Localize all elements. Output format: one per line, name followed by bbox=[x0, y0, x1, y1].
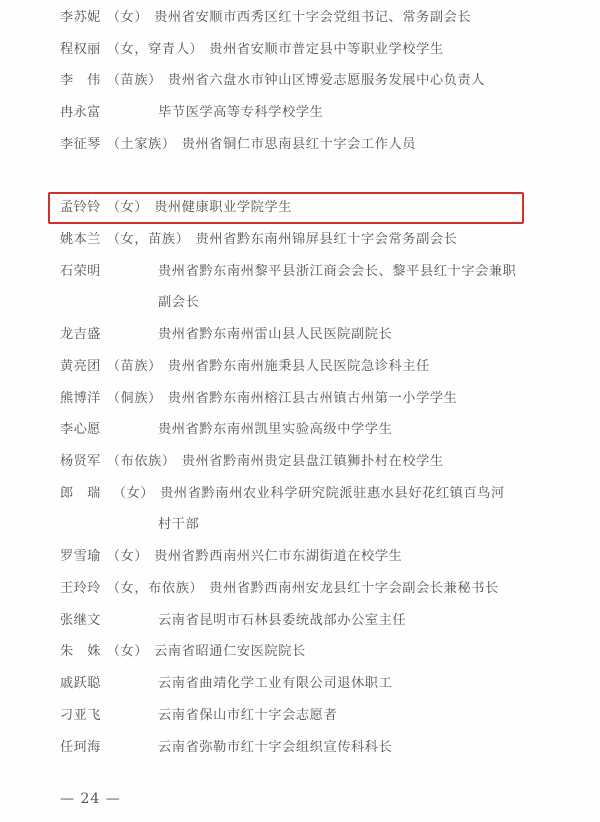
person-description: 贵州省黔东南州锦屏县红十字会常务副会长 bbox=[196, 229, 458, 251]
person-name: 姚本兰 bbox=[60, 229, 101, 251]
list-item: 熊博洋（侗族）贵州省黔东南州榕江县古州镇古州第一小学学生 bbox=[60, 388, 560, 410]
person-tag: （侗族） bbox=[107, 388, 162, 410]
person-tag: （土家族） bbox=[107, 134, 176, 156]
person-name: 罗雪瑜 bbox=[60, 546, 101, 568]
person-name: 张继文 bbox=[60, 610, 101, 632]
list-item: 李苏妮（女）贵州省安顺市西秀区红十字会党组书记、常务副会长 bbox=[60, 7, 560, 29]
person-name: 任珂海 bbox=[60, 737, 101, 759]
list-item: 冉永富毕节医学高等专科学校学生 bbox=[60, 102, 560, 124]
person-description: 云南省保山市红十字会志愿者 bbox=[158, 705, 337, 727]
person-tag: （女） bbox=[107, 197, 148, 219]
list-item: 戚跃聪云南省曲靖化学工业有限公司退休职工 bbox=[60, 673, 560, 695]
list-item: 龙吉盛贵州省黔东南州雷山县人民医院副院长 bbox=[60, 324, 560, 346]
person-name: 王玲玲 bbox=[60, 578, 101, 600]
person-description: 云南省弥勒市红十字会组织宣传科科长 bbox=[158, 737, 392, 759]
person-description: 云南省昆明市石林县委统战部办公室主任 bbox=[158, 610, 406, 632]
person-name: 程权丽 bbox=[60, 39, 101, 61]
list-item: 张继文云南省昆明市石林县委统战部办公室主任 bbox=[60, 610, 560, 632]
person-tag: （苗族） bbox=[107, 70, 162, 92]
person-name: 熊博洋 bbox=[60, 388, 101, 410]
list-item: 程权丽（女，穿青人）贵州省安顺市普定县中等职业学校学生 bbox=[60, 39, 560, 61]
person-tag: （布依族） bbox=[107, 451, 176, 473]
list-item-highlighted: 孟铃铃（女）贵州健康职业学院学生 bbox=[60, 197, 560, 219]
list-item: 刁亚飞云南省保山市红十字会志愿者 bbox=[60, 705, 560, 727]
person-tag: （女，穿青人） bbox=[107, 39, 204, 61]
list-item: 王玲玲（女，布依族）贵州省黔西南州安龙县红十字会副会长兼秘书长 bbox=[60, 578, 560, 600]
person-tag: （女，苗族） bbox=[107, 229, 190, 251]
person-description: 贵州省安顺市普定县中等职业学校学生 bbox=[209, 39, 443, 61]
list-item: 罗雪瑜（女）贵州省黔西南州兴仁市东湖街道在校学生 bbox=[60, 546, 560, 568]
person-tag: （女） bbox=[107, 7, 148, 29]
document-page: 李苏妮（女）贵州省安顺市西秀区红十字会党组书记、常务副会长 程权丽（女，穿青人）… bbox=[0, 0, 600, 822]
person-description: 贵州省黔南州农业科学研究院派驻惠水县好花红镇百鸟河 bbox=[160, 483, 505, 505]
list-item: 李心愿贵州省黔东南州凯里实验高级中学学生 bbox=[60, 419, 560, 441]
person-description: 贵州省安顺市西秀区红十字会党组书记、常务副会长 bbox=[154, 7, 471, 29]
list-item: 李征琴（土家族）贵州省铜仁市思南县红十字会工作人员 bbox=[60, 134, 560, 156]
person-description: 贵州省黔西南州安龙县红十字会副会长兼秘书长 bbox=[209, 578, 499, 600]
person-tag: （女） bbox=[113, 483, 154, 505]
person-name: 戚跃聪 bbox=[60, 673, 101, 695]
person-description: 贵州健康职业学院学生 bbox=[154, 197, 292, 219]
person-name: 孟铃铃 bbox=[60, 197, 101, 219]
person-description: 贵州省黔东南州黎平县浙江商会会长、黎平县红十字会兼职 bbox=[158, 261, 516, 283]
list-item: 李 伟（苗族）贵州省六盘水市钟山区博爱志愿服务发展中心负责人 bbox=[60, 70, 560, 92]
person-name: 冉永富 bbox=[60, 102, 101, 124]
list-item: 朱 姝（女）云南省昭通仁安医院院长 bbox=[60, 641, 560, 663]
person-description: 贵州省铜仁市思南县红十字会工作人员 bbox=[182, 134, 416, 156]
person-name: 李苏妮 bbox=[60, 7, 101, 29]
person-description: 贵州省六盘水市钟山区博爱志愿服务发展中心负责人 bbox=[168, 70, 485, 92]
person-name: 杨贤军 bbox=[60, 451, 101, 473]
person-description: 贵州省黔东南州施秉县人民医院急诊科主任 bbox=[168, 356, 430, 378]
person-name: 刁亚飞 bbox=[60, 705, 101, 727]
person-description: 贵州省黔东南州雷山县人民医院副院长 bbox=[158, 324, 392, 346]
person-name: 黄亮团 bbox=[60, 356, 101, 378]
person-description-continued: 村干部 bbox=[158, 514, 199, 536]
list-item: 石荣明贵州省黔东南州黎平县浙江商会会长、黎平县红十字会兼职 bbox=[60, 261, 560, 283]
person-name: 龙吉盛 bbox=[60, 324, 101, 346]
person-description: 贵州省黔南州贵定县盘江镇狮扑村在校学生 bbox=[182, 451, 444, 473]
person-tag: （女） bbox=[107, 641, 148, 663]
person-tag: （苗族） bbox=[107, 356, 162, 378]
person-tag: （女，布依族） bbox=[107, 578, 204, 600]
person-description: 毕节医学高等专科学校学生 bbox=[158, 102, 323, 124]
person-description: 贵州省黔东南州凯里实验高级中学学生 bbox=[158, 419, 392, 441]
person-description: 云南省昭通仁安医院院长 bbox=[154, 641, 306, 663]
list-item: 杨贤军（布依族）贵州省黔南州贵定县盘江镇狮扑村在校学生 bbox=[60, 451, 560, 473]
person-name: 郎 瑞 bbox=[60, 483, 101, 505]
person-description: 云南省曲靖化学工业有限公司退休职工 bbox=[158, 673, 392, 695]
list-item: 黄亮团（苗族）贵州省黔东南州施秉县人民医院急诊科主任 bbox=[60, 356, 560, 378]
person-name: 李 伟 bbox=[60, 70, 101, 92]
person-tag: （女） bbox=[107, 546, 148, 568]
list-item: 姚本兰（女，苗族）贵州省黔东南州锦屏县红十字会常务副会长 bbox=[60, 229, 560, 251]
person-description-continued: 副会长 bbox=[158, 292, 199, 314]
list-item: 任珂海云南省弥勒市红十字会组织宣传科科长 bbox=[60, 737, 560, 759]
person-description: 贵州省黔西南州兴仁市东湖街道在校学生 bbox=[154, 546, 402, 568]
person-name: 李心愿 bbox=[60, 419, 101, 441]
list-item: 郎 瑞（女）贵州省黔南州农业科学研究院派驻惠水县好花红镇百鸟河 bbox=[60, 483, 560, 505]
person-name: 朱 姝 bbox=[60, 641, 101, 663]
person-name: 李征琴 bbox=[60, 134, 101, 156]
person-description: 贵州省黔东南州榕江县古州镇古州第一小学学生 bbox=[168, 388, 458, 410]
person-name: 石荣明 bbox=[60, 261, 101, 283]
page-number: — 24 — bbox=[60, 791, 121, 807]
